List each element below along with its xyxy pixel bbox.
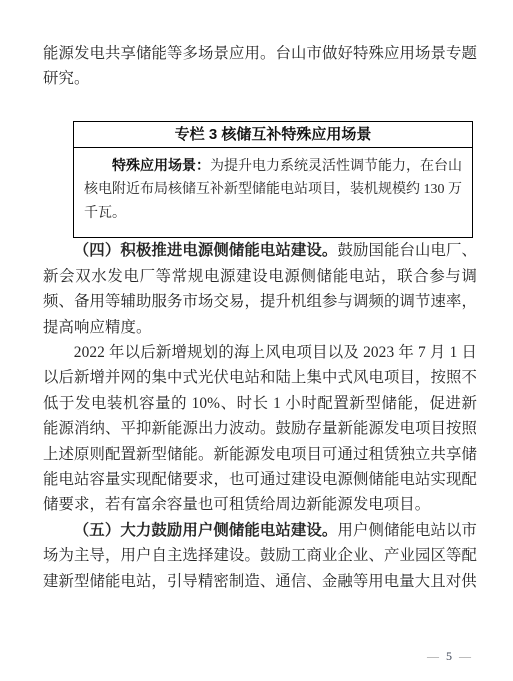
- paragraph-section-5-lead: （五）大力鼓励用户侧储能电站建设。: [74, 522, 338, 539]
- page-number-dash-left: —: [427, 649, 439, 663]
- page-number-value: 5: [439, 649, 459, 663]
- paragraph-section-4-lead: （四）积极推进电源侧储能电站建设。: [74, 242, 338, 259]
- document-page: 能源发电共享储能等多场景应用。台山市做好特殊应用场景专题研究。 专栏 3 核储互…: [0, 0, 513, 681]
- callout-box: 专栏 3 核储互补特殊应用场景 特殊应用场景：为提升电力系统灵活性调节能力，在台…: [73, 121, 473, 239]
- page-number: —5—: [427, 649, 471, 663]
- paragraph-storage-requirements: 2022 年以后新增规划的海上风电项目以及 2023 年 7 月 1 日以后新增…: [43, 340, 477, 518]
- paragraph-section-5: （五）大力鼓励用户侧储能电站建设。用户侧储能电站以市场为主导，用户自主选择建设。…: [43, 518, 477, 594]
- intro-text: 能源发电共享储能等多场景应用。台山市做好特殊应用场景专题研究。: [43, 45, 477, 87]
- callout-box-title: 专栏 3 核储互补特殊应用场景: [74, 122, 472, 148]
- page-content: 能源发电共享储能等多场景应用。台山市做好特殊应用场景专题研究。 专栏 3 核储互…: [43, 41, 477, 594]
- page-number-dash-right: —: [459, 649, 471, 663]
- callout-box-body: 特殊应用场景：为提升电力系统灵活性调节能力，在台山核电附近布局核储互补新型储能电…: [74, 148, 472, 238]
- paragraph-storage-requirements-text: 2022 年以后新增规划的海上风电项目以及 2023 年 7 月 1 日以后新增…: [43, 344, 477, 513]
- intro-paragraph: 能源发电共享储能等多场景应用。台山市做好特殊应用场景专题研究。: [43, 41, 477, 92]
- paragraph-section-4: （四）积极推进电源侧储能电站建设。鼓励国能台山电厂、新会双水发电厂等常规电源建设…: [43, 238, 477, 340]
- callout-box-label: 特殊应用场景：: [112, 159, 210, 174]
